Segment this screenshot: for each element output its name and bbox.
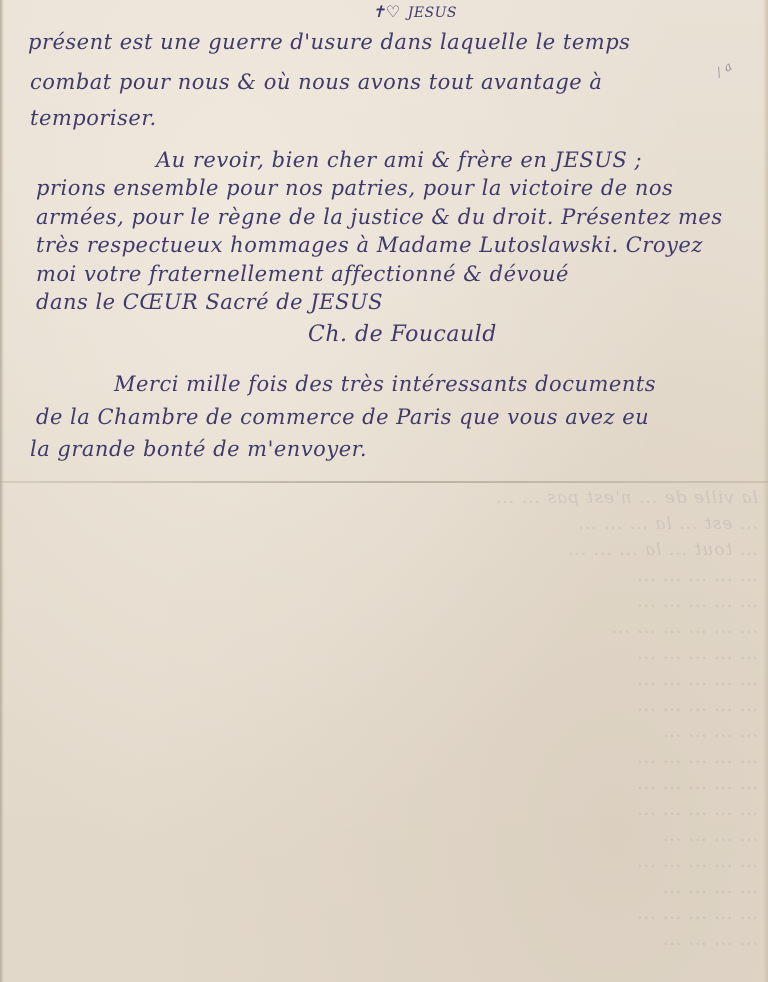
bleed-through-line: ... ... ... ... bbox=[18, 722, 758, 742]
bleed-through-line: ... ... ... ... bbox=[18, 930, 758, 950]
postscript-line: de la Chambre de commerce de Paris que v… bbox=[36, 405, 649, 429]
postscript-line: la grande bonté de m'envoyer. bbox=[30, 437, 367, 461]
bleed-through-line: ... ... ... ... ... bbox=[18, 670, 758, 690]
bleed-through-line: ... ... ... ... ... bbox=[18, 800, 758, 820]
letter-page: la ville de ... n'est pas ... ... ... es… bbox=[0, 0, 768, 982]
bleed-through-line: ... ... ... ... bbox=[18, 826, 758, 846]
bleed-through-line: ... ... ... ... ... bbox=[18, 748, 758, 768]
bleed-through-line: ... ... ... ... ... bbox=[18, 904, 758, 924]
header-text: JESUS bbox=[408, 5, 457, 21]
signature: Ch. de Foucauld bbox=[308, 322, 497, 347]
bleed-through-line: ... ... ... ... ... bbox=[18, 852, 758, 872]
paper-left-edge bbox=[0, 0, 4, 982]
cross-heart-icon: ✝♡ bbox=[372, 2, 401, 21]
bleed-through-line: ... est ... la ... ... ... bbox=[18, 514, 758, 534]
postscript-line: Merci mille fois des très intéressants d… bbox=[114, 372, 656, 396]
bleed-through-line: la ville de ... n'est pas ... ... bbox=[18, 488, 758, 508]
paper-fold-line bbox=[0, 481, 768, 483]
bleed-through-line: ... ... ... ... ... bbox=[18, 566, 758, 586]
text-line: Au revoir, bien cher ami & frère en JESU… bbox=[156, 148, 642, 172]
bleed-through-line: ... ... ... ... ... bbox=[18, 696, 758, 716]
letter-header: ✝♡ JESUS bbox=[372, 2, 457, 21]
bleed-through-line: ... ... ... ... ... bbox=[18, 592, 758, 612]
bleed-through-line: ... ... ... ... ... bbox=[18, 644, 758, 664]
bleed-through-line: ... ... ... ... ... ... bbox=[18, 618, 758, 638]
bleed-through-line: ... tout ... la ... ... ... bbox=[18, 540, 758, 560]
bleed-through-line: ... ... ... ... bbox=[18, 878, 758, 898]
paper-right-edge bbox=[763, 0, 768, 982]
text-line: armées, pour le règne de la justice & du… bbox=[36, 205, 723, 229]
text-line: très respectueux hommages à Madame Lutos… bbox=[36, 233, 703, 257]
text-line: prions ensemble pour nos patries, pour l… bbox=[36, 176, 673, 200]
bleed-through-line: ... ... ... ... ... bbox=[18, 774, 758, 794]
text-line: présent est une guerre d'usure dans laqu… bbox=[28, 30, 630, 54]
text-line: combat pour nous & où nous avons tout av… bbox=[30, 70, 602, 94]
text-line: moi votre fraternellement affectionné & … bbox=[36, 262, 569, 286]
text-line: temporiser. bbox=[30, 106, 157, 130]
text-line: dans le CŒUR Sacré de JESUS bbox=[36, 290, 383, 314]
margin-mark: / a bbox=[714, 59, 735, 79]
